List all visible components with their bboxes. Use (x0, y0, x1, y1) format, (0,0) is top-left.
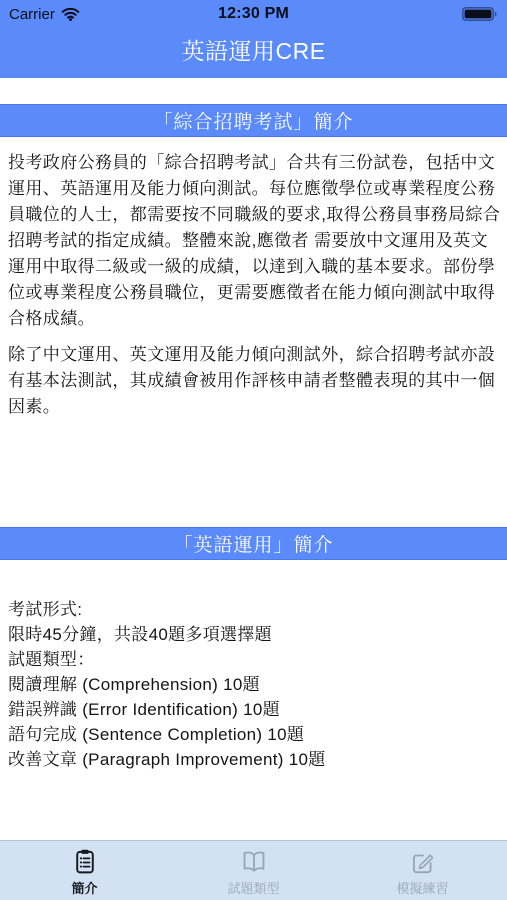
tab-label: 試題類型 (227, 878, 279, 897)
tab-mock-practice[interactable]: 模擬練習 (338, 841, 507, 900)
app-header: Carrier 12:30 PM (0, 0, 507, 78)
paragraph: 除了中文運用、英文運用及能力傾向測試外，綜合招聘考試亦設有基本法測試，其成績會被… (8, 342, 502, 420)
cre-intro-text: 投考政府公務員的「綜合招聘考試」合共有三份試卷，包括中文運用、英語運用及能力傾向… (8, 150, 502, 420)
status-left: Carrier (9, 6, 172, 23)
tab-label: 模擬練習 (396, 878, 448, 897)
detail-line: 閱讀理解 (Comprehension) 10題 (8, 672, 502, 697)
detail-line: 錯誤辨識 (Error Identification) 10題 (8, 697, 502, 722)
paragraph: 投考政府公務員的「綜合招聘考試」合共有三份試卷，包括中文運用、英語運用及能力傾向… (8, 150, 502, 332)
detail-line: 語句完成 (Sentence Completion) 10題 (8, 722, 502, 747)
carrier-label: Carrier (9, 6, 55, 23)
page-title: 英語運用CRE (0, 33, 507, 66)
compose-icon (410, 847, 436, 876)
status-bar: Carrier 12:30 PM (0, 0, 507, 26)
status-time: 12:30 PM (172, 5, 335, 23)
clipboard-list-icon (72, 847, 98, 876)
tab-bar: 簡介 試題類型 模擬練習 (0, 840, 507, 900)
tab-question-types[interactable]: 試題類型 (169, 841, 338, 900)
tab-intro[interactable]: 簡介 (0, 841, 169, 900)
english-usage-details: 考試形式: 限時45分鐘，共設40題多項選擇題 試題類型： 閱讀理解 (Comp… (8, 597, 502, 772)
tab-label: 簡介 (71, 878, 97, 897)
wifi-icon (61, 7, 80, 21)
detail-line: 考試形式: (8, 597, 502, 622)
detail-line: 改善文章 (Paragraph Improvement) 10題 (8, 747, 502, 772)
app-screen: Carrier 12:30 PM (0, 0, 507, 900)
open-book-icon (240, 847, 268, 876)
section-header-english-usage-intro: 「英語運用」簡介 (0, 527, 507, 560)
status-right (335, 7, 498, 21)
detail-line: 限時45分鐘，共設40題多項選擇題 (8, 622, 502, 647)
section-header-cre-intro: 「綜合招聘考試」簡介 (0, 104, 507, 137)
battery-icon (462, 7, 498, 21)
detail-line: 試題類型： (8, 647, 502, 672)
